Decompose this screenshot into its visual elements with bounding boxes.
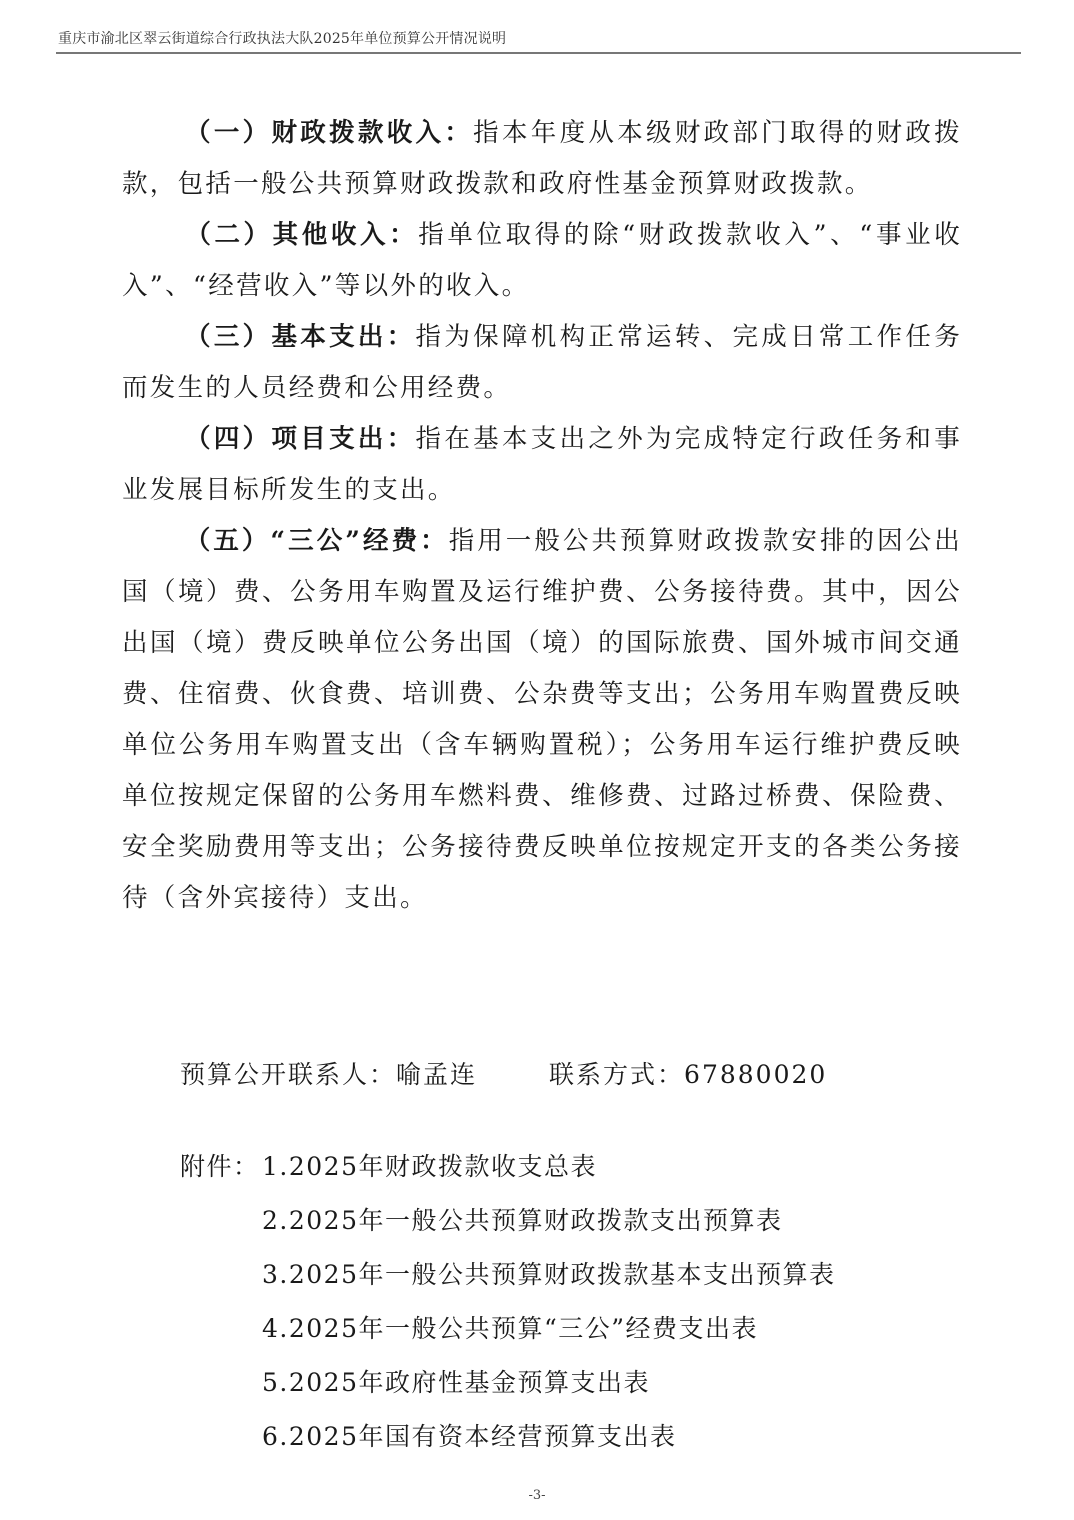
definition-term: （四）项目支出： <box>184 424 416 454</box>
attachments-list: 附件：1.2025年财政拨款收支总表 2.2025年一般公共预算财政拨款支出预算… <box>180 1140 835 1464</box>
contact-phone: 67880020 <box>684 1060 827 1089</box>
definition-text: 指用一般公共预算财政拨款安排的因公出国（境）费、公务用车购置及运行维护费、公务接… <box>122 526 962 913</box>
contact-person-name: 喻孟连 <box>396 1060 477 1089</box>
attachment-title: 5.2025年政府性基金预算支出表 <box>262 1368 650 1397</box>
definition-other-income: （二）其他收入：指单位取得的除“财政拨款收入”、“事业收入”、“经营收入”等以外… <box>122 210 962 312</box>
attachment-title: 3.2025年一般公共预算财政拨款基本支出预算表 <box>262 1260 835 1289</box>
attachment-item: 2.2025年一般公共预算财政拨款支出预算表 <box>180 1194 835 1248</box>
attachment-item: 5.2025年政府性基金预算支出表 <box>180 1356 835 1410</box>
attachment-title: 2.2025年一般公共预算财政拨款支出预算表 <box>262 1206 782 1235</box>
contact-person-label: 预算公开联系人： <box>180 1060 396 1089</box>
definition-term: （一）财政拨款收入： <box>184 118 473 148</box>
attachment-title: 1.2025年财政拨款收支总表 <box>262 1152 597 1181</box>
attachment-item: 6.2025年国有资本经营预算支出表 <box>180 1410 835 1464</box>
definition-project-expenditure: （四）项目支出：指在基本支出之外为完成特定行政任务和事业发展目标所发生的支出。 <box>122 414 962 516</box>
document-title: 重庆市渝北区翠云街道综合行政执法大队2025年单位预算公开情况说明 <box>56 30 1021 48</box>
attachment-item: 4.2025年一般公共预算“三公”经费支出表 <box>180 1302 835 1356</box>
attachment-title: 6.2025年国有资本经营预算支出表 <box>262 1422 676 1451</box>
definition-financial-appropriation-income: （一）财政拨款收入：指本年度从本级财政部门取得的财政拨款，包括一般公共预算财政拨… <box>122 108 962 210</box>
attachment-title: 4.2025年一般公共预算“三公”经费支出表 <box>262 1314 758 1343</box>
page-number: -3- <box>0 1488 1074 1503</box>
attachment-item: 附件：1.2025年财政拨款收支总表 <box>180 1140 835 1194</box>
attachments-label: 附件： <box>180 1140 262 1194</box>
definition-basic-expenditure: （三）基本支出：指为保障机构正常运转、完成日常工作任务而发生的人员经费和公用经费… <box>122 312 962 414</box>
header-divider <box>56 52 1021 54</box>
definitions-section: （一）财政拨款收入：指本年度从本级财政部门取得的财政拨款，包括一般公共预算财政拨… <box>122 108 962 924</box>
page-header: 重庆市渝北区翠云街道综合行政执法大队2025年单位预算公开情况说明 <box>56 30 1021 54</box>
definition-term: （五）“三公”经费： <box>184 526 449 556</box>
contact-phone-label: 联系方式： <box>549 1060 684 1089</box>
definition-three-public-expenses: （五）“三公”经费：指用一般公共预算财政拨款安排的因公出国（境）费、公务用车购置… <box>122 516 962 924</box>
contact-line: 预算公开联系人：喻孟连联系方式：67880020 <box>180 1055 827 1095</box>
definition-term: （二）其他收入： <box>184 220 418 250</box>
attachment-item: 3.2025年一般公共预算财政拨款基本支出预算表 <box>180 1248 835 1302</box>
definition-term: （三）基本支出： <box>184 322 416 352</box>
